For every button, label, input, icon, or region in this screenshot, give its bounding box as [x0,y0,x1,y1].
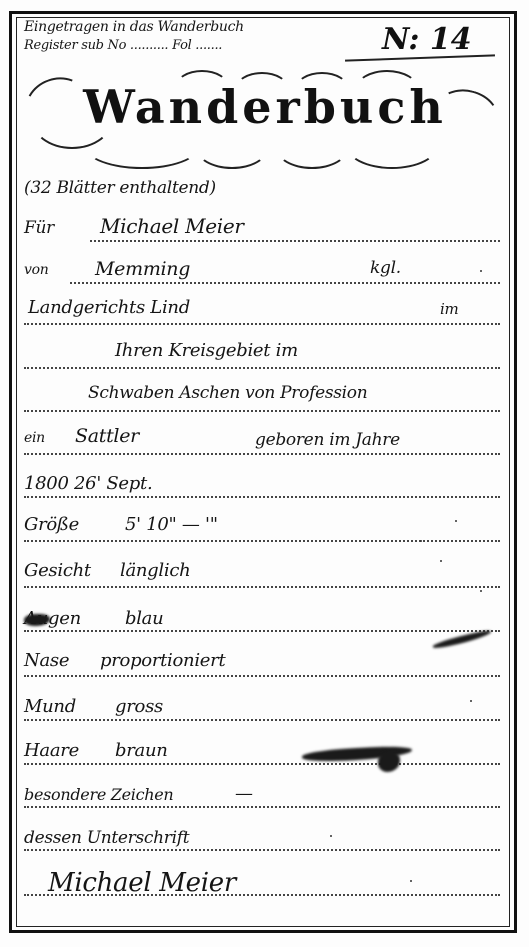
origin-place: Memming [95,258,190,280]
district-line: Landgerichts Lind [28,297,190,318]
scan-speck [480,590,482,592]
dotted-line [24,496,500,498]
scan-speck [455,520,457,522]
field-value: 5' 10" — '" [125,514,218,535]
from-label: von [24,262,48,278]
region-line: Ihren Kreisgebiet im [115,340,298,361]
origin-suffix: kgl. [370,258,401,278]
dotted-line [24,849,500,851]
dotted-line [24,719,500,721]
subtitle: (32 Blätter enthaltend) [24,178,216,198]
dotted-line [24,675,500,677]
profession: Sattler [75,425,139,447]
scan-speck [420,540,422,542]
region-line2: Schwaben Aschen von Profession [88,383,367,403]
document-number: N: 14 [382,22,472,57]
dotted-line [24,367,500,369]
register-note-line1: Eingetragen in das Wanderbuch [24,19,244,35]
dotted-line [24,410,500,412]
dotted-line [24,586,500,588]
dotted-line [24,894,500,896]
scan-speck [330,835,332,837]
flourish-bottom-3-icon [345,120,439,169]
field-label: Mund [24,696,76,717]
scan-speck [470,700,472,702]
flourish-bottom-1-icon [195,125,269,169]
field-value: braun [115,740,168,761]
field-value: gross [115,696,163,717]
field-label: Haare [24,740,79,761]
born-label: geboren im Jahre [255,430,400,450]
field-value: — [235,783,253,804]
scan-speck [480,270,482,272]
field-value: blau [125,608,163,629]
wanderbuch-page: Eingetragen in das Wanderbuch Register s… [0,0,529,947]
number-label: N: [382,22,419,57]
dotted-line [24,540,500,542]
scan-speck [440,560,442,562]
field-value: proportioniert [100,650,225,671]
district-suffix: im [440,300,458,318]
field-label: dessen Unterschrift [24,828,189,848]
flourish-bottom-4-icon [85,125,199,169]
field-value: länglich [120,560,190,581]
field-label: Größe [24,514,79,535]
profession-label: ein [24,430,45,446]
dotted-line [24,630,500,632]
field-label: Nase [24,650,69,671]
birth-date: 1800 26' Sept. [24,473,152,494]
title-block: Wanderbuch [25,70,495,175]
dotted-line [24,763,500,765]
dotted-line [70,282,500,284]
field-label: Gesicht [24,560,91,581]
flourish-bottom-2-icon [275,125,349,169]
for-label: Für [24,218,54,238]
field-label: besondere Zeichen [24,785,173,804]
holder-name: Michael Meier [100,214,244,238]
dotted-line [24,806,500,808]
dotted-line [90,240,500,242]
number-value: 14 [430,22,472,57]
dotted-line [24,453,500,455]
scan-speck [410,880,412,882]
register-note-line2: Register sub No .......... Fol ....... [24,38,222,53]
dotted-line [24,323,500,325]
